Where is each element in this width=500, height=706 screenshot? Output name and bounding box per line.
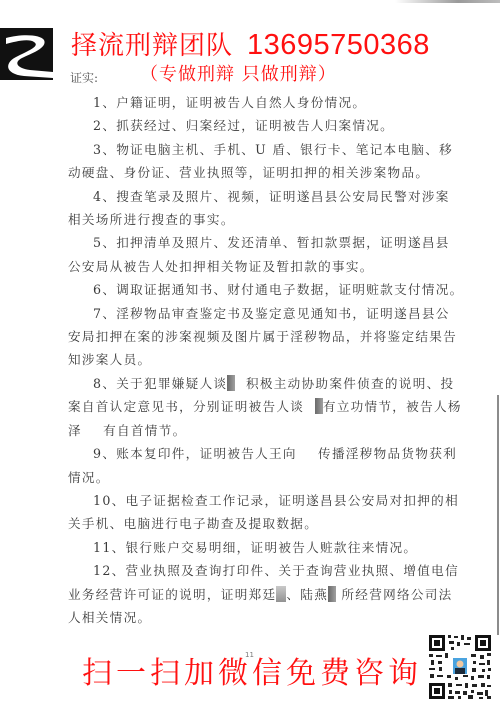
evidence-item-3: 3、物证电脑主机、手机、U 盾、银行卡、笔记本电脑、移 动硬盘、身份证、营业执照…: [68, 138, 452, 185]
text-line: 2、抓获经过、归案经过，证明被告人归案情况。: [68, 114, 452, 137]
text-line: 3、物证电脑主机、手机、U 盾、银行卡、笔记本电脑、移: [68, 138, 452, 161]
text-line: 4、搜查笔录及照片、视频，证明遂昌县公安局民警对涉案: [68, 185, 452, 208]
team-name: 择流刑辩团队: [71, 31, 233, 61]
text-segment: 业务经营许可证的说明，证明郑廷: [68, 587, 276, 602]
evidence-item-1: 1、户籍证明，证明被告人自然人身份情况。: [68, 91, 452, 114]
text-line: 相关场所进行搜查的事实。: [68, 208, 452, 231]
text-segment: 泽: [68, 423, 82, 438]
section-label: 证实:: [70, 70, 98, 86]
evidence-item-7: 7、淫秽物品审查鉴定书及鉴定意见通知书，证明遂昌县公 安局扣押在案的涉案视频及图…: [68, 302, 452, 372]
wechat-consult-cta: 扫一扫加微信免费咨询: [82, 655, 422, 693]
text-segment: 所经营网络公司法: [341, 587, 452, 602]
text-segment: 有自首情节。: [103, 423, 186, 438]
evidence-item-5: 5、扣押清单及照片、发还清单、暂扣款票据，证明遂昌县 公安局从被告人处扣押相关物…: [68, 231, 452, 278]
text-segment: 、陆燕: [286, 587, 328, 602]
text-segment: 有立功情节，被告人杨: [323, 399, 462, 414]
text-segment: 8、关于犯罪嫌疑人谈: [93, 376, 227, 391]
text-line: 6、调取证据通知书、财付通电子数据，证明赃款支付情况。: [68, 278, 452, 301]
evidence-item-11: 11、银行账户交易明细，证明被告人赃款往来情况。: [68, 536, 452, 559]
page-edge-line: [497, 395, 499, 635]
text-line: 12、营业执照及查询打印件、关于查询营业执照、增值电信: [68, 559, 452, 582]
redaction-mark: [276, 586, 286, 602]
redaction-mark: [227, 375, 235, 391]
text-segment: 9、账本复印件，证明被告人王向: [93, 446, 297, 461]
text-line: 8、关于犯罪嫌疑人谈 积极主动协助案件侦查的说明、投: [68, 372, 452, 395]
redaction-mark: [315, 398, 323, 414]
evidence-item-2: 2、抓获经过、归案经过，证明被告人归案情况。: [68, 114, 452, 137]
text-segment: 传播淫秽物品货物获利: [318, 446, 457, 461]
redaction-mark: [328, 586, 336, 602]
evidence-list: 1、户籍证明，证明被告人自然人身份情况。 2、抓获经过、归案经过，证明被告人归案…: [68, 91, 452, 629]
text-segment: 案自首认定意见书，分别证明被告人谈: [68, 399, 304, 414]
evidence-item-6: 6、调取证据通知书、财付通电子数据，证明赃款支付情况。: [68, 278, 452, 301]
text-line: 动硬盘、身份证、营业执照等，证明扣押的相关涉案物品。: [68, 161, 452, 184]
text-line: 公安局从被告人处扣押相关物证及暂扣款的事实。: [68, 255, 452, 278]
text-line: 人相关情况。: [68, 606, 452, 629]
text-line: 1、户籍证明，证明被告人自然人身份情况。: [68, 91, 452, 114]
text-segment: 积极主动协助案件侦查的说明、投: [246, 376, 454, 391]
text-line: 情况。: [68, 466, 452, 489]
text-line: 泽 有自首情节。: [68, 419, 452, 442]
scan-edge-shadow: [395, 0, 500, 3]
text-line: 案自首认定意见书，分别证明被告人谈 有立功情节，被告人杨: [68, 395, 452, 418]
text-line: 10、电子证据检查工作记录，证明遂昌县公安局对扣押的相: [68, 489, 452, 512]
phone-number[interactable]: 13695750368: [247, 29, 430, 61]
evidence-item-9: 9、账本复印件，证明被告人王向 传播淫秽物品货物获利 情况。: [68, 442, 452, 489]
text-line: 5、扣押清单及照片、发还清单、暂扣款票据，证明遂昌县: [68, 231, 452, 254]
text-line: 关手机、电脑进行电子勘查及提取数据。: [68, 512, 452, 535]
text-line: 安局扣押在案的涉案视频及图片属于淫秽物品，并将鉴定结果告: [68, 325, 452, 348]
header-subtitle: （专做刑辩 只做刑辩）: [140, 63, 337, 87]
evidence-item-10: 10、电子证据检查工作记录，证明遂昌县公安局对扣押的相 关手机、电脑进行电子勘查…: [68, 489, 452, 536]
text-line: 知涉案人员。: [68, 348, 452, 371]
evidence-item-12: 12、营业执照及查询打印件、关于查询营业执照、增值电信 业务经营许可证的说明，证…: [68, 559, 452, 629]
evidence-item-8: 8、关于犯罪嫌疑人谈 积极主动协助案件侦查的说明、投 案自首认定意见书，分别证明…: [68, 372, 452, 442]
text-line: 业务经营许可证的说明，证明郑廷、陆燕 所经营网络公司法: [68, 583, 452, 606]
text-line: 11、银行账户交易明细，证明被告人赃款往来情况。: [68, 536, 452, 559]
text-line: 7、淫秽物品审查鉴定书及鉴定意见通知书，证明遂昌县公: [68, 302, 452, 325]
header-title: 择流刑辩团队13695750368: [71, 28, 430, 63]
z-letter-logo-icon: [0, 28, 53, 80]
evidence-item-4: 4、搜查笔录及照片、视频，证明遂昌县公安局民警对涉案 相关场所进行搜查的事实。: [68, 185, 452, 232]
wechat-qr-code-icon[interactable]: [427, 633, 493, 701]
text-line: 9、账本复印件，证明被告人王向 传播淫秽物品货物获利: [68, 442, 452, 465]
